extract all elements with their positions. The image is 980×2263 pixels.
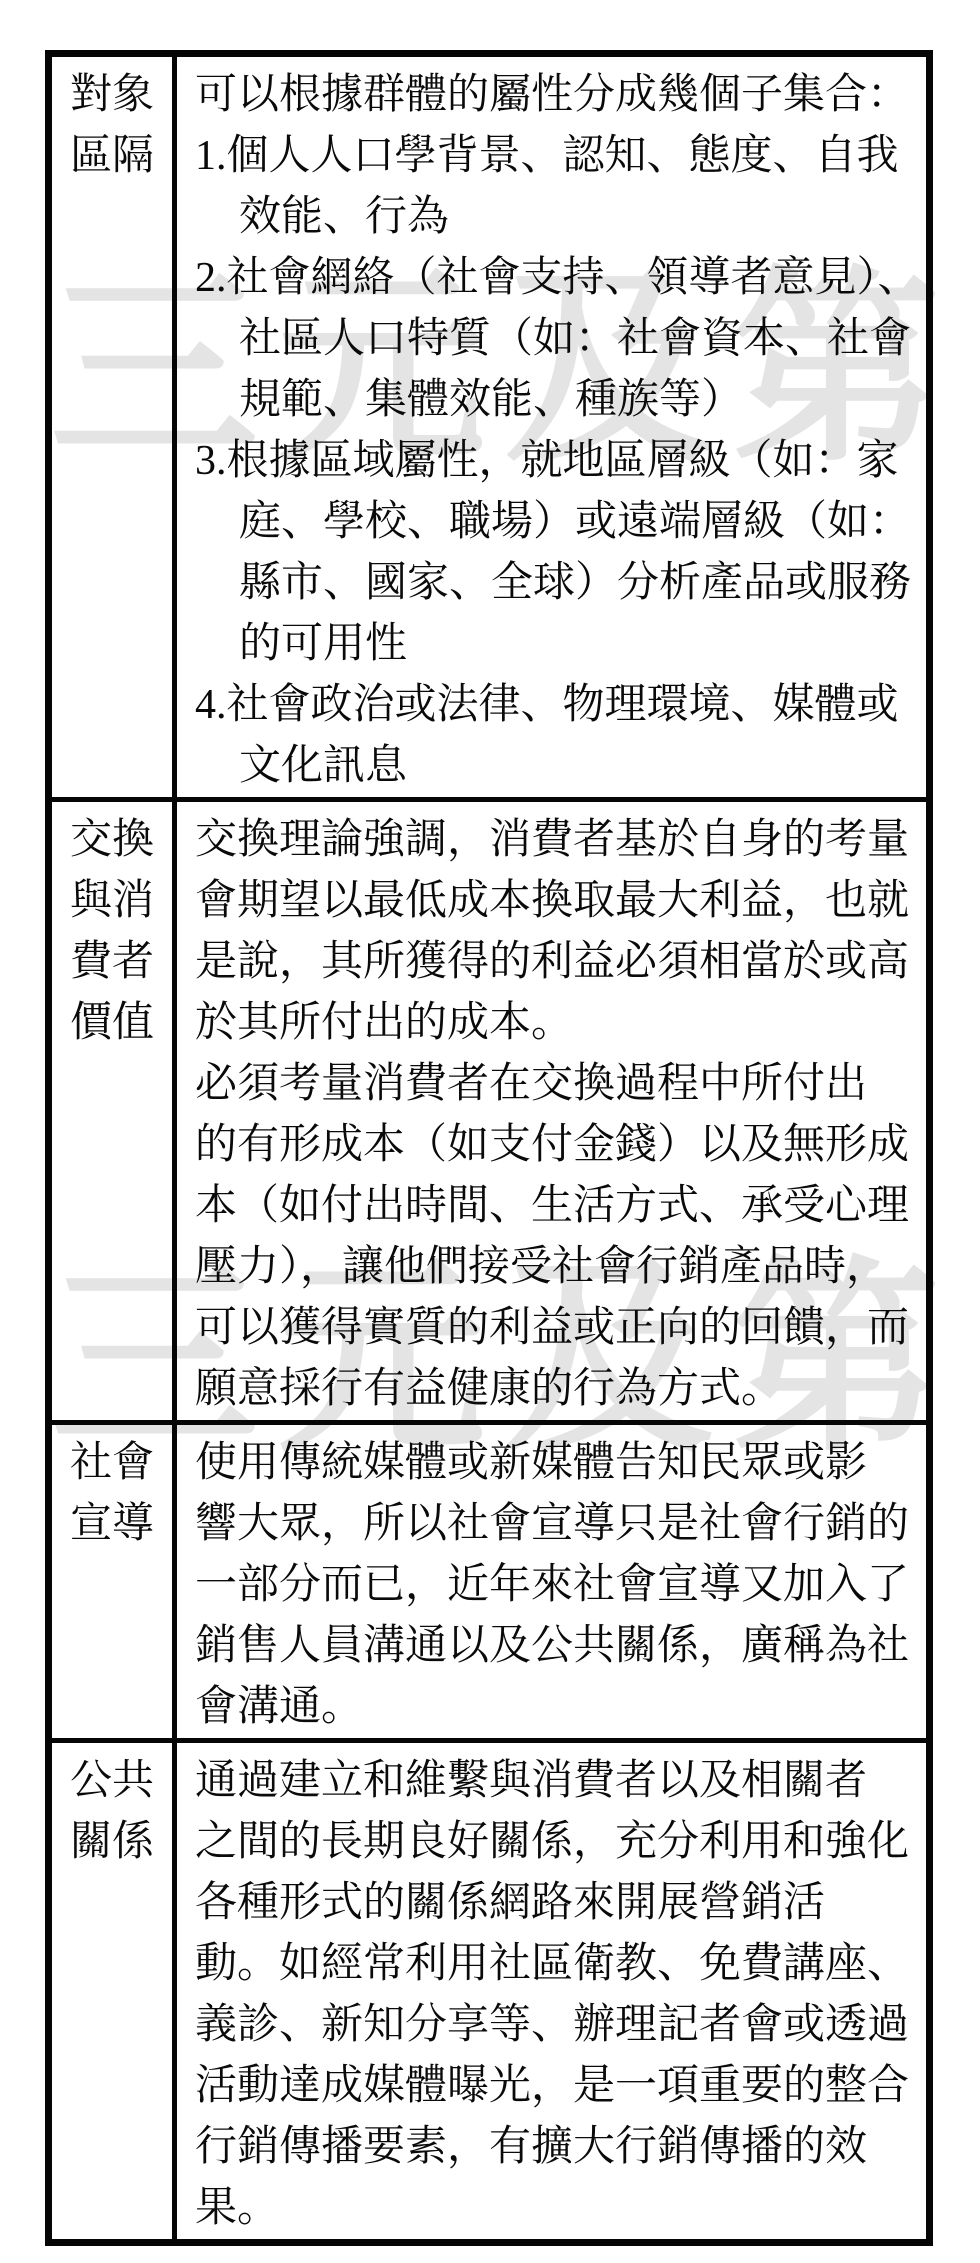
- table-row: 對象區隔 可以根據群體的屬性分成幾個子集合：1.個人人口學背景、認知、態度、自我…: [52, 57, 926, 797]
- content-line: 的可用性: [195, 614, 920, 675]
- header-line: 關係: [52, 1812, 172, 1873]
- content-line: 於其所付出的成本。: [195, 993, 920, 1054]
- content-line: 4.社會政治或法律、物理環境、媒體或: [195, 675, 920, 736]
- content-line: 可以根據群體的屬性分成幾個子集合：: [195, 65, 920, 126]
- content-line: 壓力），讓他們接受社會行銷產品時，: [195, 1237, 920, 1298]
- content-line: 必須考量消費者在交換過程中所付出: [195, 1054, 920, 1115]
- content-line: 1.個人人口學背景、認知、態度、自我: [195, 126, 920, 187]
- content-line: 願意採行有益健康的行為方式。: [195, 1359, 920, 1420]
- content-line: 規範、集體效能、種族等）: [195, 370, 920, 431]
- info-table: 對象區隔 可以根據群體的屬性分成幾個子集合：1.個人人口學背景、認知、態度、自我…: [45, 50, 933, 2246]
- header-line: 宣導: [52, 1494, 172, 1555]
- content-line: 通過建立和維繫與消費者以及相關者: [195, 1751, 920, 1812]
- table-row: 社會宣導 使用傳統媒體或新媒體告知民眾或影響大眾，所以社會宣導只是社會行銷的一部…: [52, 1420, 926, 1738]
- content-line: 本（如付出時間、生活方式、承受心理: [195, 1176, 920, 1237]
- row-header-cell: 社會宣導: [52, 1425, 177, 1738]
- table-row: 交換與消費者價值 交換理論強調，消費者基於自身的考量會期望以最低成本換取最大利益…: [52, 797, 926, 1420]
- content-line: 文化訊息: [195, 736, 920, 797]
- content-line: 的有形成本（如支付金錢）以及無形成: [195, 1115, 920, 1176]
- content-line: 響大眾，所以社會宣導只是社會行銷的: [195, 1494, 920, 1555]
- content-line: 會期望以最低成本換取最大利益，也就: [195, 871, 920, 932]
- content-line: 會溝通。: [195, 1677, 920, 1738]
- header-line: 與消: [52, 871, 172, 932]
- row-header-cell: 公共關係: [52, 1743, 177, 2239]
- content-line: 是說，其所獲得的利益必須相當於或高: [195, 932, 920, 993]
- content-line: 之間的長期良好關係，充分利用和強化: [195, 1812, 920, 1873]
- content-line: 2.社會網絡（社會支持、領導者意見）、: [195, 248, 920, 309]
- header-line: 交換: [52, 810, 172, 871]
- content-line: 義診、新知分享等、辦理記者會或透過: [195, 1995, 920, 2056]
- content-line: 效能、行為: [195, 187, 920, 248]
- header-line: 對象: [52, 65, 172, 126]
- content-line: 行銷傳播要素，有擴大行銷傳播的效: [195, 2117, 920, 2178]
- row-content-cell: 通過建立和維繫與消費者以及相關者之間的長期良好關係，充分利用和強化各種形式的關係…: [177, 1743, 926, 2239]
- content-line: 縣市、國家、全球）分析產品或服務: [195, 553, 920, 614]
- header-line: 社會: [52, 1433, 172, 1494]
- row-content-cell: 交換理論強調，消費者基於自身的考量會期望以最低成本換取最大利益，也就是說，其所獲…: [177, 802, 926, 1420]
- content-line: 活動達成媒體曝光，是一項重要的整合: [195, 2056, 920, 2117]
- header-line: 區隔: [52, 126, 172, 187]
- row-header-cell: 交換與消費者價值: [52, 802, 177, 1420]
- content-line: 銷售人員溝通以及公共關係，廣稱為社: [195, 1616, 920, 1677]
- table-row: 公共關係 通過建立和維繫與消費者以及相關者之間的長期良好關係，充分利用和強化各種…: [52, 1738, 926, 2239]
- row-content-cell: 使用傳統媒體或新媒體告知民眾或影響大眾，所以社會宣導只是社會行銷的一部分而已，近…: [177, 1425, 926, 1738]
- content-line: 可以獲得實質的利益或正向的回饋，而: [195, 1298, 920, 1359]
- content-line: 動。如經常利用社區衛教、免費講座、: [195, 1934, 920, 1995]
- header-line: 價值: [52, 993, 172, 1054]
- document-page: 三元及第 三元及第 對象區隔 可以根據群體的屬性分成幾個子集合：1.個人人口學背…: [0, 0, 980, 2263]
- content-line: 3.根據區域屬性，就地區層級（如：家: [195, 431, 920, 492]
- content-line: 各種形式的關係網路來開展營銷活: [195, 1873, 920, 1934]
- header-line: 費者: [52, 932, 172, 993]
- header-line: 公共: [52, 1751, 172, 1812]
- content-line: 使用傳統媒體或新媒體告知民眾或影: [195, 1433, 920, 1494]
- row-content-cell: 可以根據群體的屬性分成幾個子集合：1.個人人口學背景、認知、態度、自我效能、行為…: [177, 57, 926, 797]
- content-line: 社區人口特質（如：社會資本、社會: [195, 309, 920, 370]
- row-header-cell: 對象區隔: [52, 57, 177, 797]
- content-line: 交換理論強調，消費者基於自身的考量: [195, 810, 920, 871]
- content-line: 果。: [195, 2178, 920, 2239]
- content-line: 一部分而已，近年來社會宣導又加入了: [195, 1555, 920, 1616]
- content-line: 庭、學校、職場）或遠端層級（如：: [195, 492, 920, 553]
